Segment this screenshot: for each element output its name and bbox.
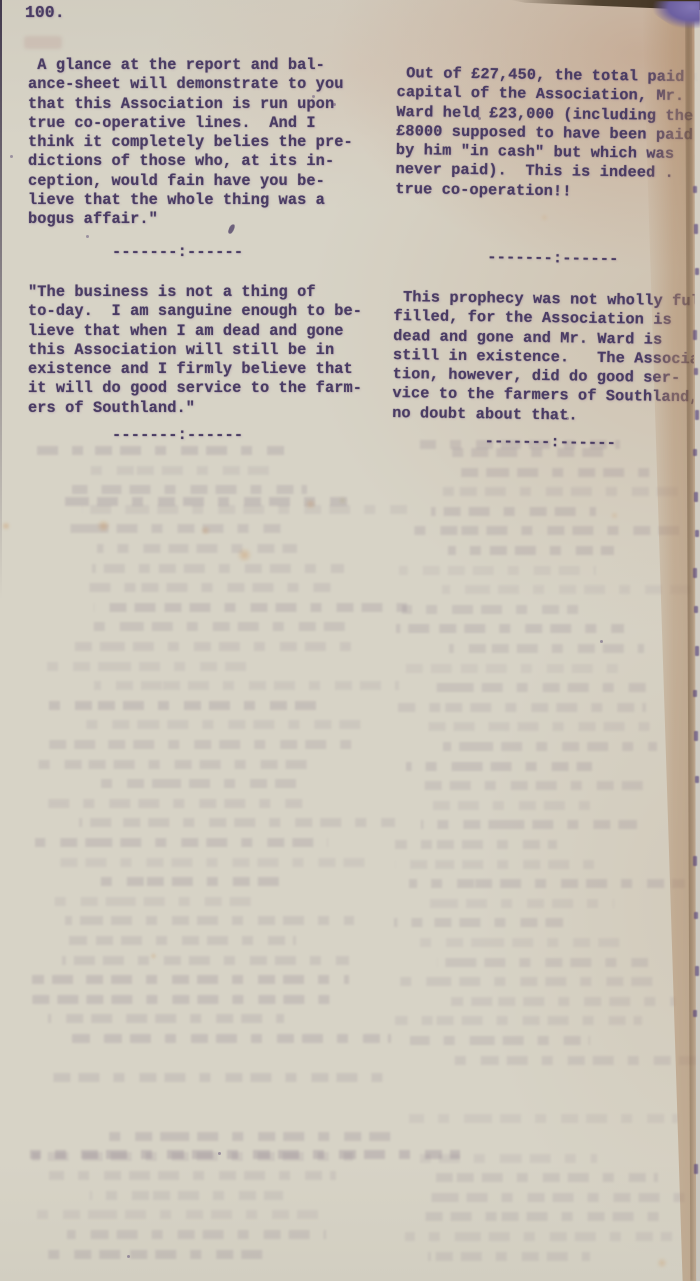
left-column: A glance at the report and bal- ance-she… [28,56,378,456]
foxing-spot [150,953,157,959]
bleedthrough-line [431,507,596,516]
bleedthrough-line [56,858,371,867]
bleedthrough-line [86,720,374,729]
bleedthrough-line [30,1150,460,1159]
ink-speck [127,1255,130,1258]
bleedthrough-line [448,546,614,555]
bleedthrough-line [53,1073,382,1082]
edge-text-fragment [695,646,699,656]
edge-text-fragment [693,568,697,578]
edge-text-fragment [695,966,699,976]
bleedthrough-line [430,1193,698,1202]
bleedthrough-line [73,642,364,651]
bleedthrough-line [40,740,357,749]
section-separator: -------:------ [112,426,243,445]
edge-text-fragment [693,449,697,456]
bleedthrough-line [48,1014,284,1023]
edge-text-fragment [695,268,699,275]
bleedthrough-line [32,995,344,1004]
edge-text-fragment [694,492,698,502]
edge-text-fragment [694,1164,698,1174]
bleedthrough-line [48,1250,275,1259]
scanned-document-page: 100. A glance at the report and bal- anc… [0,0,700,1281]
bleedthrough-line [428,1252,590,1261]
bleedthrough-line [436,1173,658,1182]
edge-text-fragment [695,410,699,420]
bleedthrough-line [437,487,686,496]
bleedthrough-line [436,683,653,692]
bleedthrough-line [421,820,637,829]
bleedthrough-line [90,1191,283,1200]
edge-text-fragment [694,731,698,741]
bleedthrough-line [410,1036,589,1045]
bleedthrough-line [402,605,578,614]
section-separator: -------:------ [485,432,617,453]
bleedthrough-line [33,760,315,769]
bleedthrough-line [449,644,644,653]
edge-text-fragment [693,330,697,340]
bleedthrough-line [449,468,652,477]
bleedthrough-line [404,526,683,535]
foxing-spot [200,526,211,535]
bleedthrough-line [36,701,316,710]
bleedthrough-line [92,564,344,573]
section-separator: -------:------ [112,243,243,262]
bleedthrough-line [32,975,349,984]
bleedthrough-line [405,1232,672,1241]
bleedthrough-line [404,664,631,673]
bleedthrough-line [424,781,656,790]
edge-text-fragment [694,224,698,234]
ink-speck [10,155,13,158]
bleedthrough-line [396,624,624,633]
foxing-spot [656,1258,668,1268]
edge-text-fragment [694,368,698,375]
bleedthrough-line [67,1230,326,1239]
bleedthrough-line [416,722,653,731]
page-number: 100. [25,3,65,22]
bleedthrough-line [414,938,627,947]
edge-text-fragment [693,856,697,866]
bleedthrough-line [451,997,675,1006]
bleedthrough-line [42,662,254,671]
bleedthrough-line [94,681,399,690]
bleedthrough-line [430,899,614,908]
left-paragraph-2: "The business is not a thing of to-day. … [28,283,362,418]
edge-text-fragment [695,530,699,537]
ink-speck [218,1152,221,1155]
bleedthrough-line [42,799,304,808]
bleedthrough-line [443,742,657,751]
bleedthrough-line [394,977,659,986]
bleedthrough-line [97,1132,392,1141]
left-edge-shadow [0,0,2,600]
foxing-spot [1,522,11,530]
bleedthrough-line [35,838,327,847]
bleedthrough-line [49,1171,336,1180]
edge-text-fragment [693,690,697,697]
bleedthrough-line [65,916,354,925]
foxing-spot [236,548,253,562]
bleedthrough-line [84,466,276,475]
bleedthrough-line [44,897,254,906]
bleedthrough-line [69,936,296,945]
foxing-spot [96,520,111,532]
section-separator: -------:------ [487,248,619,269]
edge-text-fragment [694,606,698,613]
bleedthrough-line [409,1114,678,1123]
bleedthrough-line [94,779,303,788]
bleedthrough-line [72,485,307,494]
bleedthrough-line [37,1210,332,1219]
bleedthrough-line [82,505,407,514]
bleedthrough-line [94,603,407,612]
bleedthrough-line [399,566,596,575]
bleedthrough-line [88,877,280,886]
bleedthrough-line [80,622,344,631]
bleedthrough-line [427,801,594,810]
left-paragraph-1: A glance at the report and bal- ance-she… [28,56,353,230]
bleedthrough-line [419,1212,667,1221]
page-number-bleedthrough [24,36,62,49]
bleedthrough-line [97,544,297,553]
bleedthrough-line [62,956,348,965]
bleedthrough-line [395,840,557,849]
edge-text-fragment [694,912,698,919]
bleedthrough-line [406,762,592,771]
bleedthrough-line [395,860,593,869]
bleedthrough-line [394,918,562,927]
bleedthrough-line [409,879,685,888]
edge-text-fragment [693,1010,697,1017]
bleedthrough-line [445,1056,700,1065]
bleedthrough-line [79,818,395,827]
edge-text-fragment [693,186,697,193]
bleedthrough-line [395,1016,642,1025]
edge-text-fragment [695,776,699,783]
bleedthrough-line [437,958,648,967]
bleedthrough-line [72,1034,391,1043]
ink-speck [600,640,603,643]
bleedthrough-line [86,583,336,592]
bleedthrough-line [398,703,645,712]
